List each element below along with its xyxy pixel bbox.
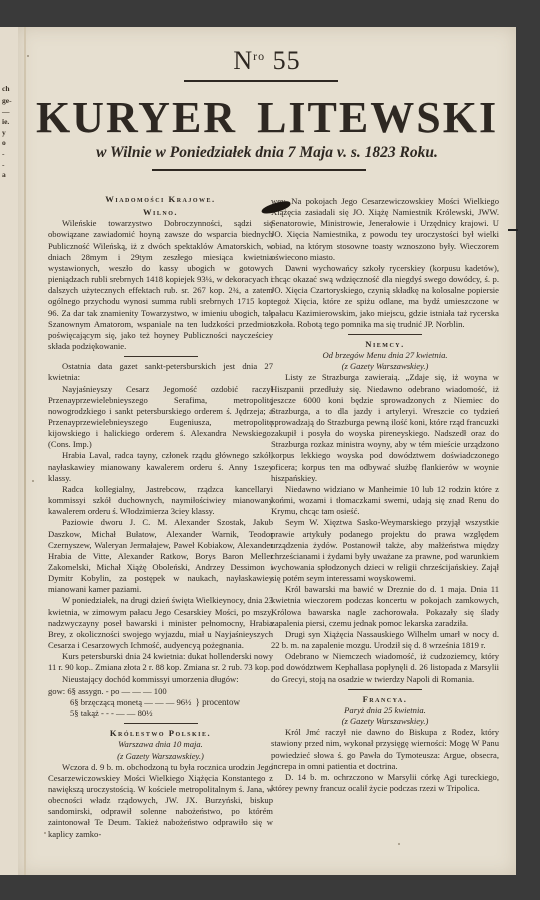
debt-table-row: gow: 6§ assygn. - po — — — 100 xyxy=(48,686,191,697)
article-paragraph: D. 14 b. m. ochrzczono w Marsylii córkę … xyxy=(271,772,499,794)
article-paragraph: Drugi syn Xiążęcia Nassauskiego Wilhelm … xyxy=(271,629,499,651)
paper-speck xyxy=(32,480,34,482)
article-paragraph: Radca kollegialny, Jastrebcow, rządzca k… xyxy=(48,484,273,517)
place-date-heading: Warszawa dnia 10 maja. xyxy=(48,739,273,750)
prev-page-fragment: o xyxy=(2,138,6,148)
article-paragraph: Seym W. Xięztwa Sasko-Weymarskiego przyj… xyxy=(271,517,499,584)
prev-page-fragment: a xyxy=(2,170,6,180)
debt-table-row: 6§ brzęczącą monetą — — — 96½ xyxy=(48,697,191,708)
page-edge-marker xyxy=(508,229,518,231)
paper-speck xyxy=(44,832,46,834)
paper-speck xyxy=(398,843,400,845)
place-date-heading: Od brzegów Menu dnia 27 kwietnia. xyxy=(271,350,499,361)
source-note: (z Gazety Warszawskiey.) xyxy=(271,361,499,372)
article-paragraph: Paziowie dworu J. C. M. Alexander Szosta… xyxy=(48,517,273,595)
prev-page-fragment: ge- xyxy=(2,96,12,106)
masthead-rule-top xyxy=(184,80,338,82)
article-paragraph: Wczora d. 9 b. m. obchodzoną tu była roc… xyxy=(48,762,273,840)
section-title-domestic-news: Wiadomości Krajowe. xyxy=(48,194,273,205)
debt-interest-table: gow: 6§ assygn. - po — — — 100 6§ brzęcz… xyxy=(48,686,273,719)
dateline: w Wilnie w Poniedziałek dnia 7 Maja v. s… xyxy=(18,144,516,162)
section-divider xyxy=(348,689,422,690)
article-paragraph: Hrabia Laval, radca tayny, członek rządu… xyxy=(48,450,273,483)
place-date-heading: Paryż dnia 25 kwietnia. xyxy=(271,705,499,716)
right-column: wey. Na pokojach Jego Cesarzewiczowskiey… xyxy=(271,196,499,794)
left-column: Wiadomości Krajowe. Wilno. Wileńskie tow… xyxy=(48,194,273,840)
section-title-kingdom-of-poland: Królestwo Polskie. xyxy=(48,728,273,739)
article-paragraph: Król Jmć raczył nie dawno do Biskupa z R… xyxy=(271,727,499,772)
prev-page-fragment: — xyxy=(2,107,10,117)
paper-speck xyxy=(27,55,29,57)
prev-page-fragment: - xyxy=(2,149,5,159)
place-heading-wilno: Wilno. xyxy=(48,207,273,218)
article-paragraph: Król bawarski ma bawić w Dreznie do d. 1… xyxy=(271,584,499,629)
article-paragraph: Nieustający dochód kommissyi umorzenia d… xyxy=(48,674,273,685)
section-title-germany: Niemcy. xyxy=(271,339,499,350)
prev-page-fragment: y xyxy=(2,128,6,138)
article-paragraph: W poniedziałek, na drugi dzień święta Wi… xyxy=(48,595,273,651)
newspaper-title: KURYERLITEWSKI xyxy=(18,95,516,141)
prev-page-fragment: ch xyxy=(2,84,10,94)
debt-table-row: 5§ takąż - - - — — 80½ xyxy=(48,708,191,719)
masthead-rule-bottom xyxy=(152,169,366,171)
prev-page-fragment: - xyxy=(2,160,5,170)
section-divider xyxy=(124,356,198,357)
article-paragraph: Wileńskie towarzystwo Dobroczynności, są… xyxy=(48,218,273,352)
article-paragraph: Listy ze Strazburga zawieraią. „Zdaje si… xyxy=(271,372,499,484)
section-divider xyxy=(124,723,198,724)
issue-number: Nro 55 xyxy=(18,47,516,75)
section-title-france: Francya. xyxy=(271,694,499,705)
article-paragraph: Ostatnia data gazet sankt-petersburskich… xyxy=(48,361,273,383)
article-paragraph: Dawni wychowańcy szkoły rycerskiey (korp… xyxy=(271,263,499,330)
source-note: (z Gazety Warszawskiey.) xyxy=(48,751,273,762)
section-divider xyxy=(348,334,422,335)
prev-page-fragment: ie. xyxy=(2,117,9,127)
article-paragraph: Kurs petersburski dnia 24 kwietnia: duka… xyxy=(48,651,273,673)
article-paragraph: wey. Na pokojach Jego Cesarzewiczowskiey… xyxy=(271,196,499,263)
source-note: (z Gazety Warszawskiey.) xyxy=(271,716,499,727)
article-paragraph: Niedawno widziano w Manheimie 10 lub 12 … xyxy=(271,484,499,517)
debt-table-brace: } procentow xyxy=(191,686,273,719)
article-paragraph: Odebrano w Niemczech wiadomość, iż cudzo… xyxy=(271,651,499,684)
article-paragraph: Nayjaśnieyszy Cesarz Jegomość ozdobić ra… xyxy=(48,384,273,451)
